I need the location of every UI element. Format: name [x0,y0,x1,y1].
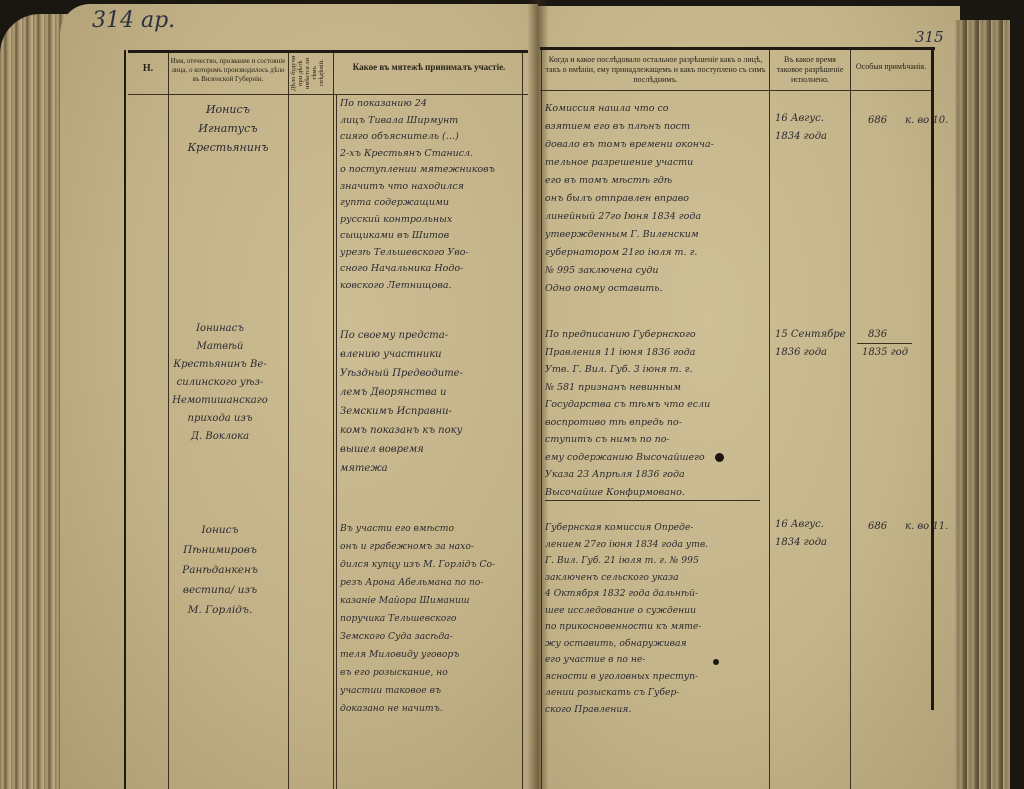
header-notes: Особыя примѣчанія. [852,62,930,72]
row-1-name: Ионисъ Игнатусъ Крестьянинъ [170,100,286,180]
header-name: Имя, отечество, прозвание и состояніе ли… [170,57,286,84]
row-2-executed: 15 Сентябре 1836 года [775,326,849,366]
left-top-rule [128,50,528,53]
left-col-divider-3b [336,94,337,789]
header-case-vertical: Дѣло будучи при дѣлѣ имѣется ли тѣмъ свѣ… [290,54,332,92]
row-3-resolution: Губернская комиссия Опреде- лением 27го … [545,520,767,730]
left-header-bottom-rule [128,94,528,95]
row-3-participation: Въ участи его вмѣсто онъ и грабежномъ за… [340,520,522,720]
row-1-resolution: Комиссия нашла что со взятием его въ плѣ… [545,100,767,300]
right-top-rule [540,47,935,50]
ink-blot [715,453,724,462]
row-2-case-ref: 836 [868,326,908,344]
row-2-case-ref-sub: 1835 год [862,344,942,362]
right-col-divider-3 [850,50,851,789]
right-header-bottom-rule [540,90,932,91]
header-executed: Въ какое время таковое разрѣшеніе исполн… [771,55,849,85]
row-3-name: Іонисъ Пѣнимировъ Ранѣданкенъ вестипа/ и… [150,520,290,660]
row-2-name: Іонинасъ Матвѣй Крестьянинъ Ве- силинско… [150,320,290,450]
row-2-resolution-underline [545,500,760,501]
row-1-case-ref: 686 [868,112,908,130]
row-1-participation: По показанию 24 лицъ Тивала Ширмунт сияг… [340,96,522,296]
right-col-divider-2 [769,50,770,789]
left-page-number: 314 ар. [92,8,175,33]
row-3-notes: к. во 11. [905,518,965,536]
header-resolution: Когда и какое послѣдовало остальное разр… [543,55,768,85]
row-3-executed: 16 Авгус. 1834 года [775,516,849,556]
row-1-notes: к. во 10. [905,112,965,130]
left-col-divider-4 [522,53,523,789]
left-col-divider-3 [333,53,334,789]
row-1-executed: 16 Авгус. 1834 года [775,110,849,150]
left-outer-border [124,50,126,789]
row-2-participation: По своему предста- влению участники Уѣзд… [340,326,522,486]
header-participation: Какое въ мятежѣ принималъ участіе. [337,62,521,72]
ink-blot [713,659,719,665]
row-3-case-ref: 686 [868,518,908,536]
header-number: Н. [128,64,168,74]
right-col-divider-1 [541,50,542,789]
right-page-number: 315 [915,28,944,46]
right-page-edges [955,20,1010,789]
ledger-book-spread: 314 ар. 315 Н. Имя, отечество, прозвание… [0,0,1024,789]
right-outer-border [931,50,934,710]
row-2-resolution: По предписанию Губернского Правления 11 … [545,326,767,506]
